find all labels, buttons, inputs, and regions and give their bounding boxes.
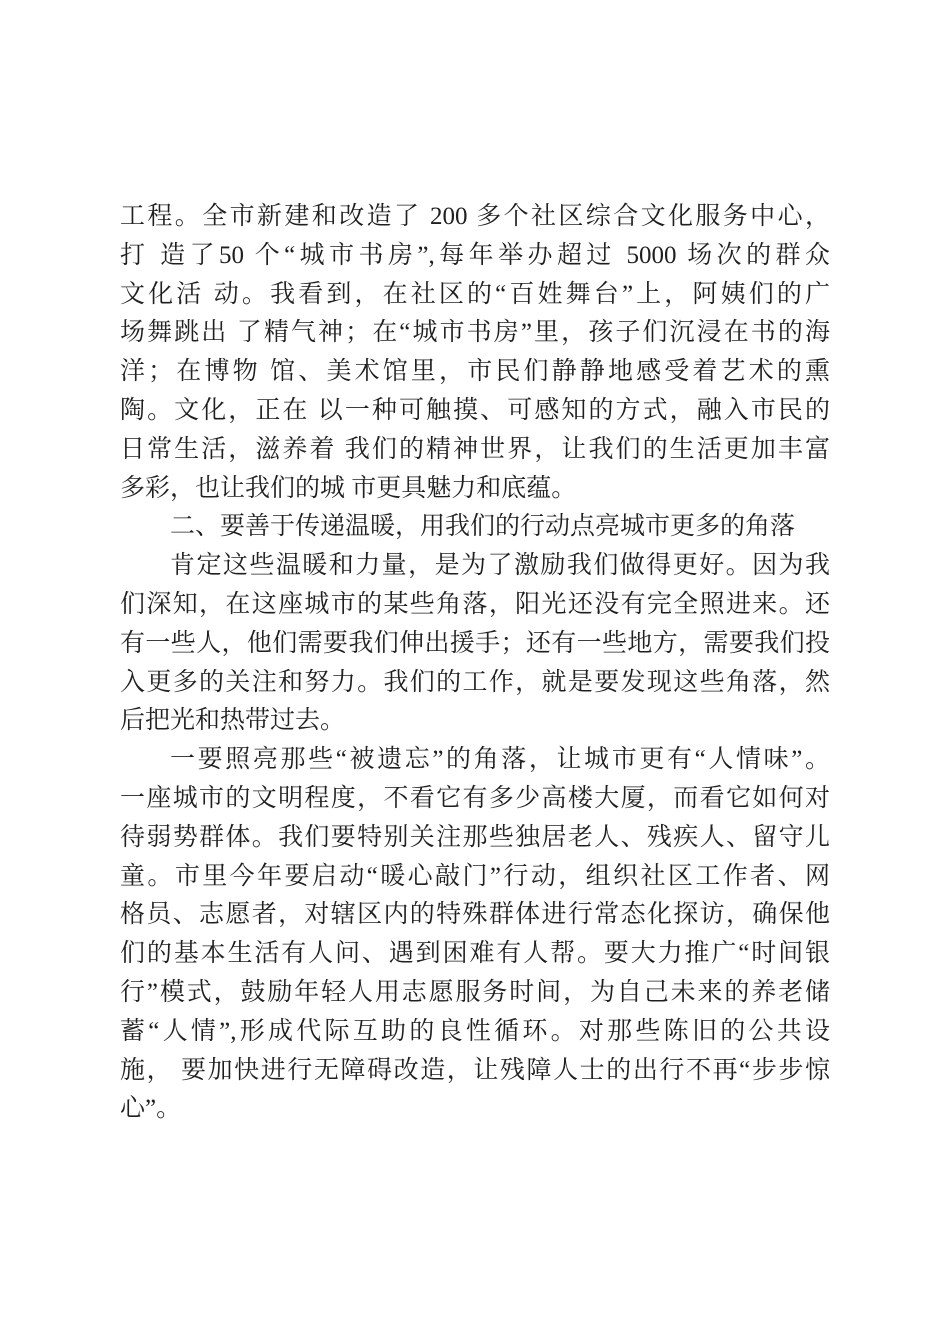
text-line: 入更多的关注和努力。我们的工作，就是要发现这些角落，然: [120, 664, 830, 703]
text-line: 童。市里今年要启动“暖心敲门”行动，组织社区工作者、网: [120, 858, 830, 897]
text-line: 有一些人，他们需要我们伸出援手；还有一些地方，需要我们投: [120, 625, 830, 664]
text-line: 工程。全市新建和改造了 200 多个社区综合文化服务中心，: [120, 198, 830, 237]
text-line: 行”模式，鼓励年轻人用志愿服务时间，为自己未来的养老储: [120, 974, 830, 1013]
text-line: 施， 要加快进行无障碍改造，让残障人士的出行不再“步步惊: [120, 1052, 830, 1091]
text-line: 洋；在博物 馆、美术馆里，市民们静静地感受着艺术的熏: [120, 353, 830, 392]
text-line: 一座城市的文明程度，不看它有多少高楼大厦，而看它如何对: [120, 780, 830, 819]
text-line: 文化活 动。我看到，在社区的“百姓舞台”上，阿姨们的广: [120, 276, 830, 315]
text-line: 肯定这些温暖和力量，是为了激励我们做得更好。因为我: [120, 547, 830, 586]
text-line: 陶。文化，正在 以一种可触摸、可感知的方式，融入市民的: [120, 392, 830, 431]
text-line: 打 造了50 个“城市书房”,每年举办超过 5000 场次的群众: [120, 237, 830, 276]
text-line: 待弱势群体。我们要特别关注那些独居老人、残疾人、留守儿: [120, 819, 830, 858]
text-line: 心”。: [120, 1090, 830, 1129]
text-line: 后把光和热带过去。: [120, 702, 830, 741]
text-line: 场舞跳出 了精气神；在“城市书房”里，孩子们沉浸在书的海: [120, 314, 830, 353]
text-line: 多彩，也让我们的城 市更具魅力和底蕴。: [120, 470, 830, 509]
document-page: 工程。全市新建和改造了 200 多个社区综合文化服务中心，打 造了50 个“城市…: [0, 0, 950, 1343]
text-line: 们的基本生活有人问、遇到困难有人帮。要大力推广“时间银: [120, 935, 830, 974]
text-line: 二、要善于传递温暖，用我们的行动点亮城市更多的角落: [120, 508, 830, 547]
text-line: 日常生活，滋养着 我们的精神世界，让我们的生活更加丰富: [120, 431, 830, 470]
text-line: 一要照亮那些“被遗忘”的角落，让城市更有“人情味”。: [120, 741, 830, 780]
text-line: 们深知，在这座城市的某些角落，阳光还没有完全照进来。还: [120, 586, 830, 625]
document-text-block: 工程。全市新建和改造了 200 多个社区综合文化服务中心，打 造了50 个“城市…: [120, 198, 830, 1129]
text-line: 格员、志愿者，对辖区内的特殊群体进行常态化探访，确保他: [120, 896, 830, 935]
text-line: 蓄“人情”,形成代际互助的良性循环。对那些陈旧的公共设: [120, 1013, 830, 1052]
